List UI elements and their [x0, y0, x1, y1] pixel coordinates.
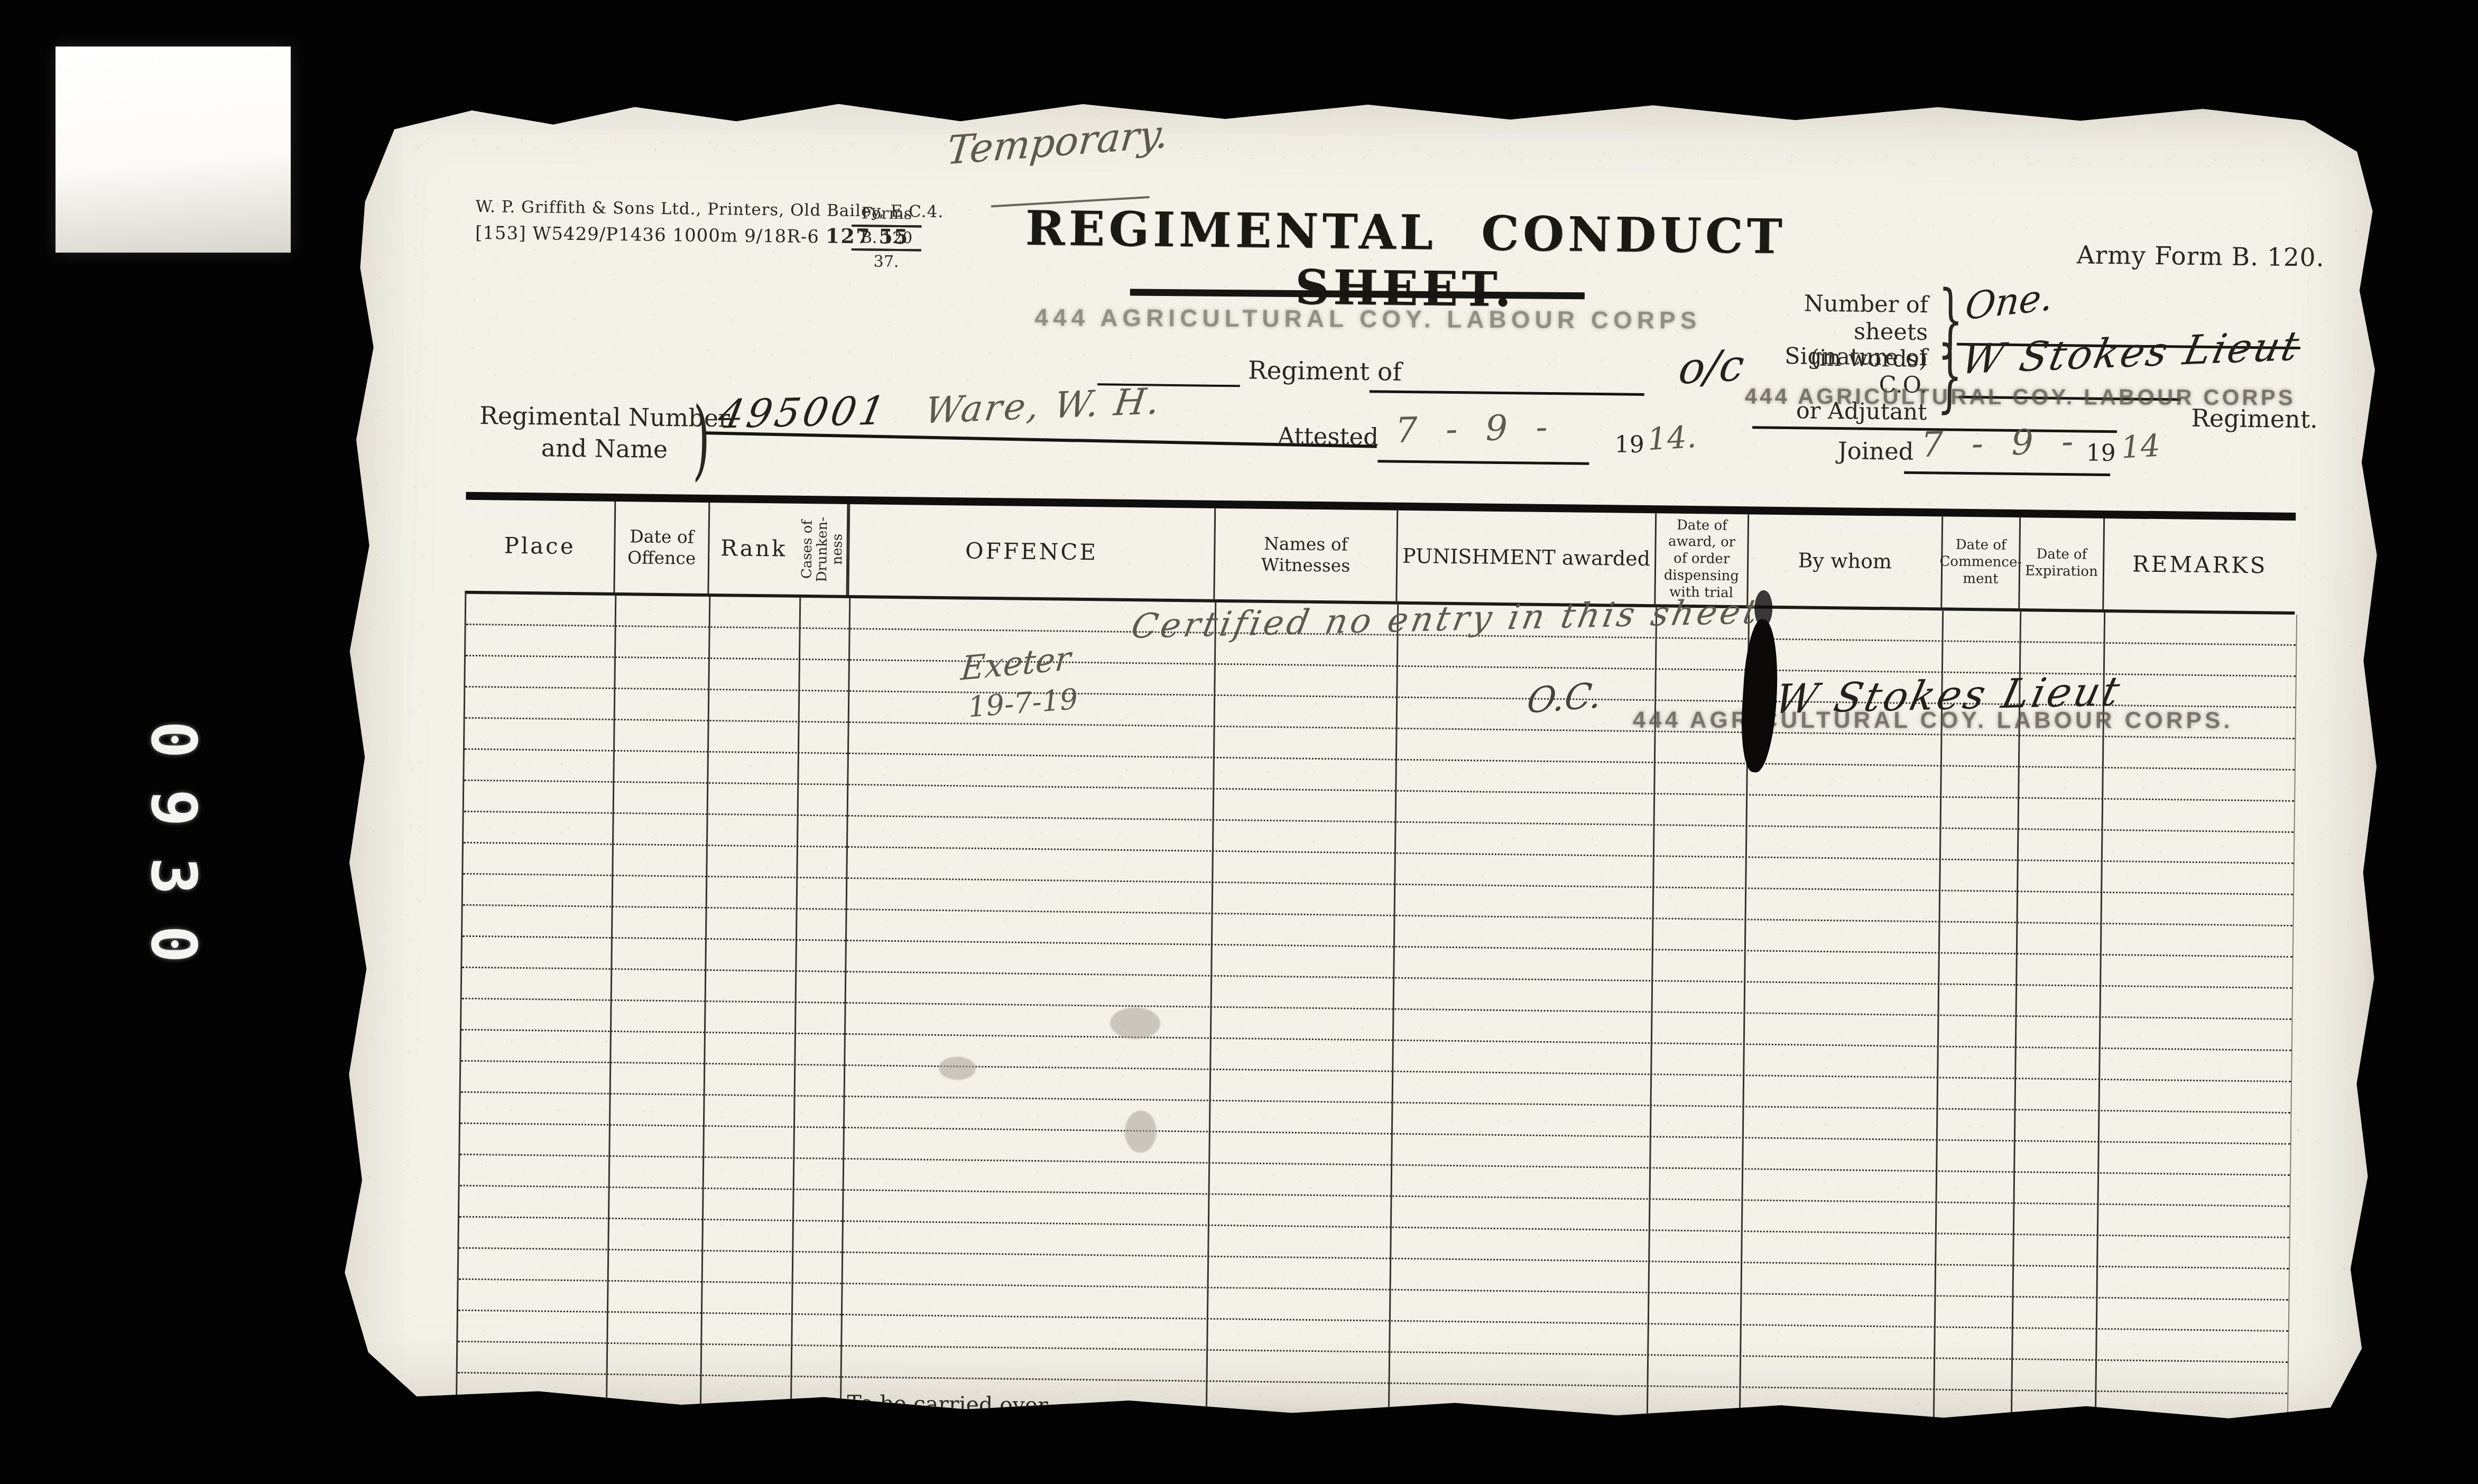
col-header-date-of-award: Date of award, or of order dispensing wi…: [1654, 513, 1747, 605]
attested-label: Attested: [1278, 422, 1379, 451]
col-header-rank: Rank: [707, 503, 799, 595]
joined-underline: [1904, 471, 2110, 476]
unit-stamp-table: 444 AGRICULTURAL COY. LABOUR CORPS.: [1633, 707, 2233, 734]
carried-over-note: To be carried over: [847, 1390, 1048, 1418]
col-header-offence: OFFENCE: [848, 504, 1214, 599]
col-header-date-of-offence: Date of Offence: [614, 502, 708, 593]
temporary-handwritten-note: Temporary.: [945, 111, 1170, 174]
col-header-date-of-commencement: Date of Commence- ment: [1941, 516, 2019, 608]
col-header-cases-of-drunkenness: Cases of Drunken- ness: [798, 504, 848, 595]
signature-co-value: W Stokes Lieut: [1957, 322, 2305, 383]
regiment-oc-value: o/c: [1676, 340, 1747, 394]
col-header-names-of-witnesses: Names of Witnesses: [1213, 508, 1397, 601]
joined-year-printed: 19: [2086, 440, 2116, 467]
forms-reference-box: Forms B. 120 37.: [851, 203, 921, 272]
joined-label: Joined: [1837, 437, 1914, 466]
attested-year-printed: 19: [1614, 431, 1644, 458]
regiment-of-label: Regiment of: [1248, 356, 1402, 387]
name-underline: [706, 431, 1377, 448]
regimental-number-value: 495001: [715, 388, 892, 438]
conduct-sheet-page: Temporary. W. P. Griffith & Sons Ltd., P…: [335, 82, 2386, 1428]
col-header-punishment-awarded: PUNISHMENT awarded: [1396, 511, 1656, 605]
regiment-underline-right: [1370, 390, 1644, 396]
film-frame-counter: 0930: [137, 688, 210, 1026]
col-header-remarks: REMARKS: [2102, 518, 2296, 611]
table-header-row: Place Date of Offence Rank Cases of Drun…: [465, 492, 2296, 615]
name-value: Ware, W. H.: [922, 381, 1164, 432]
attested-value: 7 - 9 -: [1395, 406, 1556, 451]
col-header-by-whom: By whom: [1746, 514, 1942, 607]
regiment-suffix: Regiment.: [2191, 404, 2318, 434]
number-of-sheets-value: One.: [1963, 275, 2055, 329]
joined-year-value: 14: [2120, 428, 2161, 466]
attested-underline: [1377, 460, 1589, 465]
joined-value: 7 - 9 -: [1921, 421, 2082, 465]
entry-oc: O.C.: [1524, 675, 1604, 722]
col-header-date-of-expiration: Date of Expiration: [2018, 517, 2103, 609]
attested-year-value: 14.: [1647, 419, 1697, 457]
unit-stamp-top: 444 AGRICULTURAL COY. LABOUR CORPS: [1034, 303, 1701, 335]
smudge: [939, 1056, 976, 1080]
regimental-number-brace: ): [692, 396, 710, 483]
smudge: [1110, 1007, 1161, 1040]
col-header-place: Place: [465, 500, 614, 592]
film-calibration-patch: [56, 47, 291, 253]
army-form-reference: Army Form B. 120.: [2077, 240, 2325, 272]
